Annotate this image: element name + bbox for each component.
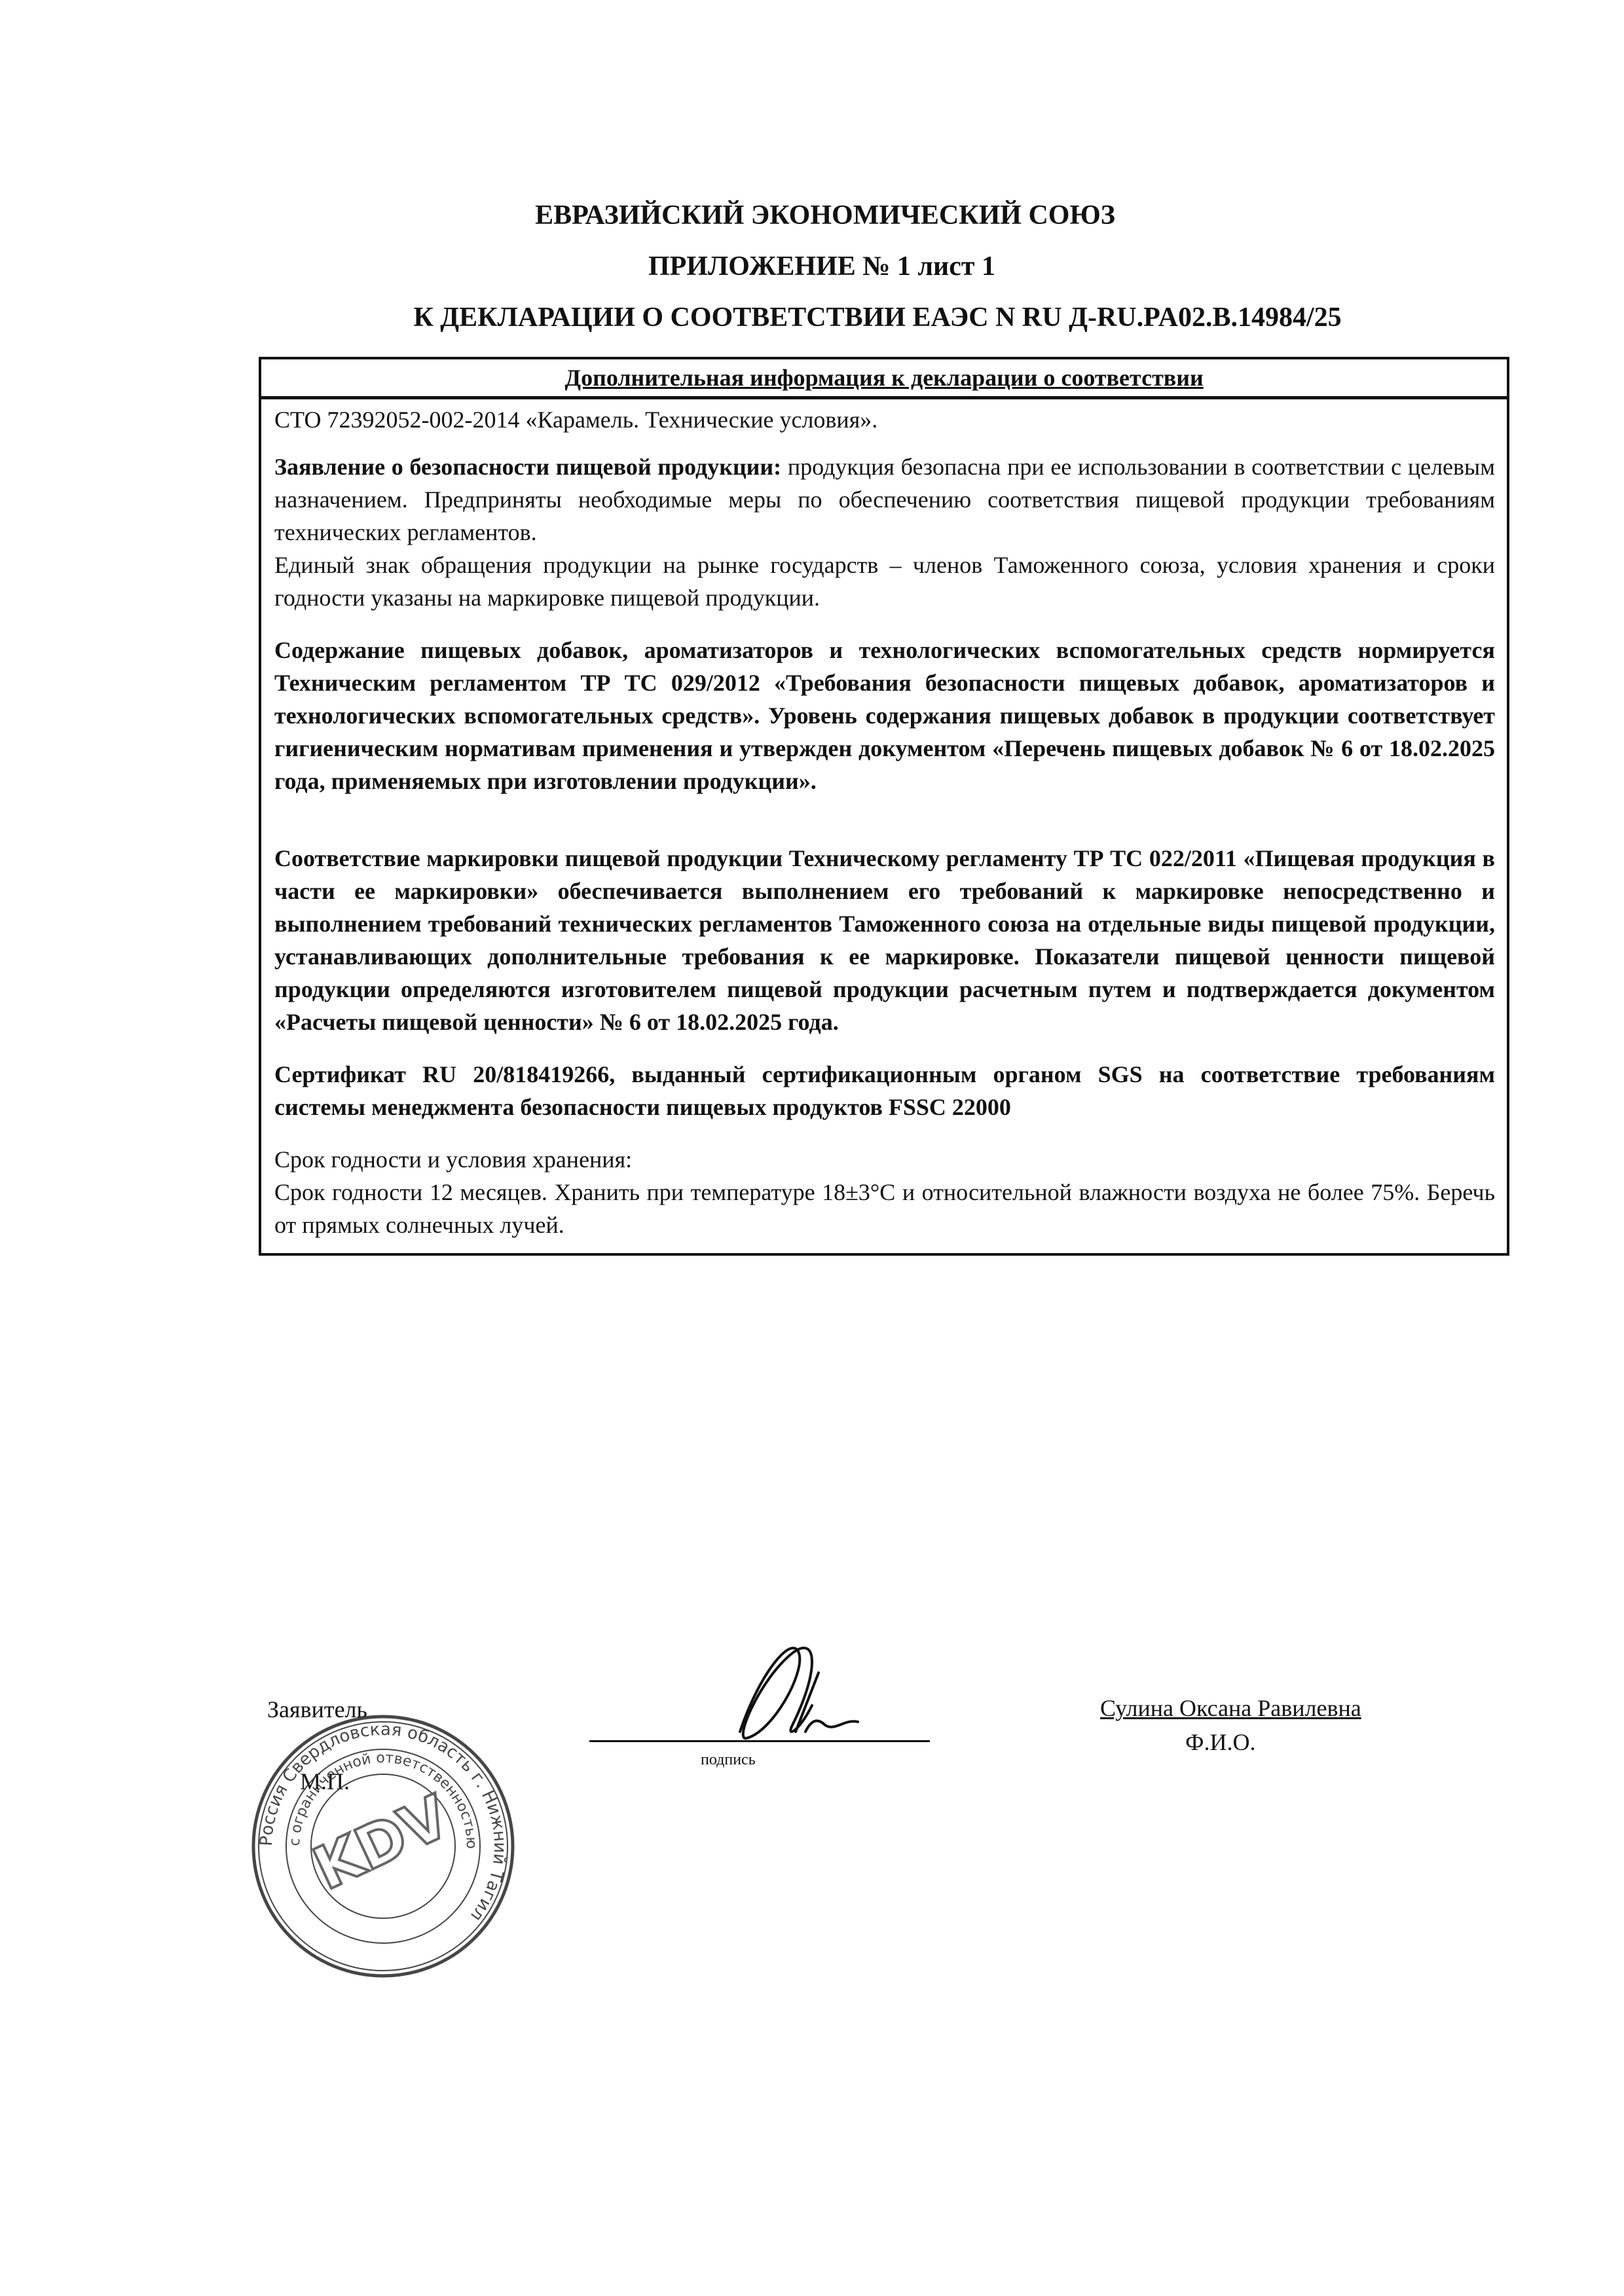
- appendix-title: ПРИЛОЖЕНИЕ № 1 лист 1: [20, 241, 1624, 292]
- union-title: ЕВРАЗИЙСКИЙ ЭКОНОМИЧЕСКИЙ СОЮЗ: [26, 190, 1624, 241]
- signature-caption: подпись: [701, 1751, 756, 1769]
- signature-block: Заявитель М.П. подпись Сулина Оксана Рав…: [0, 1683, 1624, 2010]
- shelf-life-text: Срок годности 12 месяцев. Хранить при те…: [274, 1176, 1495, 1241]
- safety-statement: Заявление о безопасности пищевой продукц…: [274, 450, 1495, 549]
- table-heading: Дополнительная информация к декларации о…: [261, 359, 1507, 399]
- declaration-number-title: К ДЕКЛАРАЦИИ О СООТВЕТСТВИИ ЕАЭС N RU Д-…: [131, 292, 1624, 343]
- safety-statement-lead: Заявление о безопасности пищевой продукц…: [274, 454, 781, 480]
- marking-statement: Единый знак обращения продукции на рынке…: [274, 549, 1495, 614]
- certificate-statement: Сертификат RU 20/818419266, выданный сер…: [274, 1058, 1495, 1123]
- document-title-block: ЕВРАЗИЙСКИЙ ЭКОНОМИЧЕСКИЙ СОЮЗ ПРИЛОЖЕНИ…: [0, 190, 1624, 343]
- signatory-full-name: Сулина Оксана Равилевна: [1100, 1694, 1361, 1722]
- standard-reference: СТО 72392052-002-2014 «Карамель. Техниче…: [274, 403, 1495, 436]
- shelf-life-heading: Срок годности и условия хранения:: [274, 1143, 1495, 1176]
- full-name-caption: Ф.И.О.: [1185, 1728, 1255, 1756]
- additives-statement: Содержание пищевых добавок, ароматизатор…: [274, 634, 1495, 797]
- signature-line: [589, 1740, 930, 1742]
- table-body: СТО 72392052-002-2014 «Карамель. Техниче…: [261, 399, 1507, 1253]
- company-seal-stamp-icon: Россия Свердловская область г. Нижний Та…: [246, 1709, 521, 1984]
- labeling-statement: Соответствие маркировки пищевой продукци…: [274, 842, 1495, 1038]
- additional-info-table: Дополнительная информация к декларации о…: [259, 357, 1509, 1256]
